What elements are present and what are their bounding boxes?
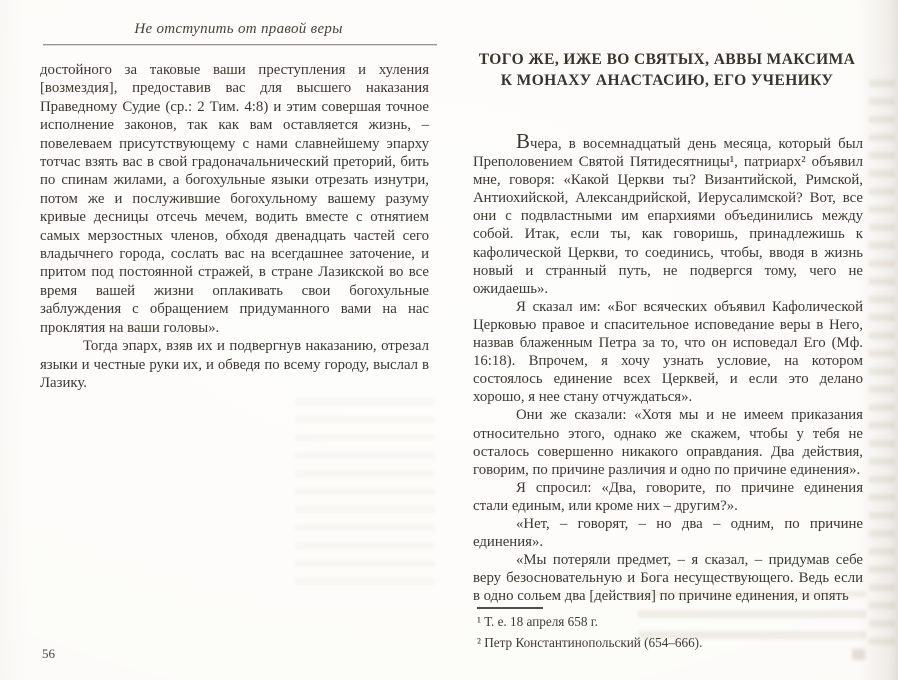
bleed-through-artifact bbox=[869, 80, 895, 645]
body-paragraph: Вчера, в восемнадцатый день месяца, кото… bbox=[473, 131, 863, 298]
right-page-body: Вчера, в восемнадцатый день месяца, кото… bbox=[473, 131, 863, 605]
body-paragraph: «Мы потеряли предмет, – я сказал, – прид… bbox=[473, 551, 863, 605]
chapter-heading: ТОГО ЖЕ, ИЖЕ ВО СВЯТЫХ, АВВЫ МАКСИМА К М… bbox=[468, 49, 866, 91]
footnote: ¹ Т. е. 18 апреля 658 г. bbox=[477, 613, 863, 631]
bleed-through-artifact bbox=[295, 395, 435, 585]
body-paragraph: достойного за таковые ваши преступления … bbox=[40, 61, 429, 337]
running-head-rule bbox=[43, 44, 437, 45]
body-paragraph: Я сказал им: «Бог всяческих объявил Кафо… bbox=[473, 298, 863, 407]
body-paragraph: Тогда эпарх, взяв их и подвергнув наказа… bbox=[40, 337, 429, 392]
footnote-rule bbox=[477, 607, 543, 609]
body-paragraph: «Нет, – говорят, – но два – одним, по пр… bbox=[473, 515, 863, 551]
left-page-body: достойного за таковые ваши преступления … bbox=[40, 61, 429, 392]
running-head: Не отступить от правой веры bbox=[40, 21, 437, 38]
chapter-heading-line-2: К МОНАХУ АНАСТАСИЮ, ЕГО УЧЕНИКУ bbox=[468, 70, 866, 91]
footnote: ² Петр Константинопольский (654–666). bbox=[477, 634, 863, 652]
body-paragraph: Они же сказали: «Хотя мы и не имеем прик… bbox=[473, 406, 863, 478]
footnotes: ¹ Т. е. 18 апреля 658 г. ² Петр Констант… bbox=[477, 613, 863, 654]
chapter-heading-line-1: ТОГО ЖЕ, ИЖЕ ВО СВЯТЫХ, АВВЫ МАКСИМА bbox=[468, 49, 866, 70]
page-number: 56 bbox=[42, 646, 55, 662]
book-spread: Не отступить от правой веры достойного з… bbox=[0, 0, 898, 680]
body-paragraph: Я спросил: «Два, говорите, по причине ед… bbox=[473, 479, 863, 515]
